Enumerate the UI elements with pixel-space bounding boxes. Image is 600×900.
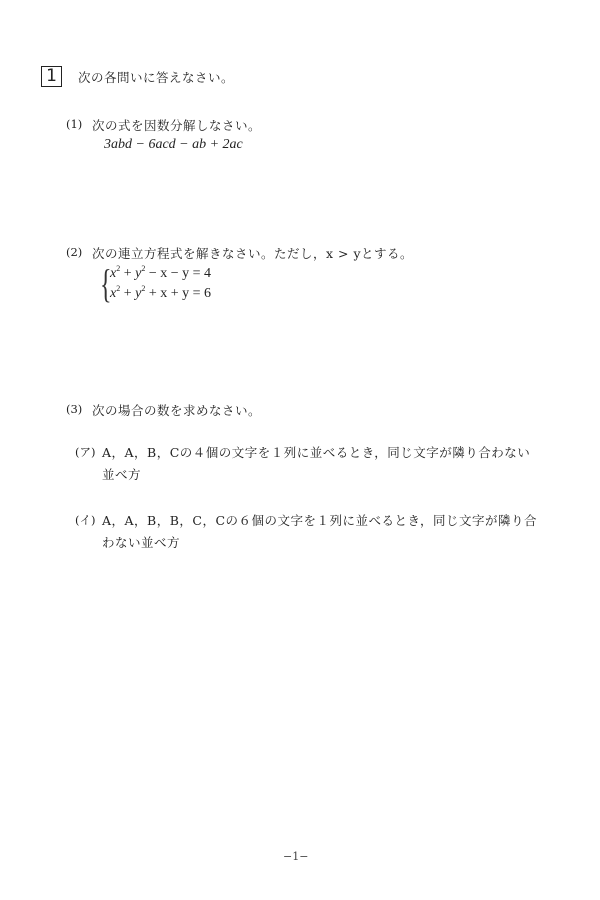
q3a-line2: 並べ方 [102, 465, 141, 483]
instruction-text: 次の各問いに答えなさい。 [78, 68, 234, 86]
q3b-label: (イ) [75, 512, 95, 528]
q3-label: (3) [66, 402, 82, 416]
q2-equation-1: x2 + y2 − x − y = 4 [110, 266, 211, 282]
q2-text: 次の連立方程式を解きなさい。ただし，x > yとする。 [92, 244, 413, 262]
q1-label: (1) [66, 117, 82, 131]
question-number-box: 1 [41, 66, 62, 87]
q3a-line1: A，A，B，Cの４個の文字を１列に並べるとき，同じ文字が隣り合わない [102, 443, 530, 461]
page-number: −1− [283, 850, 308, 863]
q3a-label: (ア) [75, 444, 95, 460]
q1-text: 次の式を因数分解しなさい。 [92, 116, 261, 134]
q3b-line2: わない並べ方 [102, 533, 180, 551]
q1-formula: 3abd − 6acd − ab + 2ac [104, 137, 243, 153]
q3-text: 次の場合の数を求めなさい。 [92, 401, 261, 419]
q3b-line1: A，A，B，B，C，Cの６個の文字を１列に並べるとき，同じ文字が隣り合 [102, 511, 537, 529]
q2-equation-2: x2 + y2 + x + y = 6 [110, 286, 211, 302]
q2-label: (2) [66, 245, 82, 259]
